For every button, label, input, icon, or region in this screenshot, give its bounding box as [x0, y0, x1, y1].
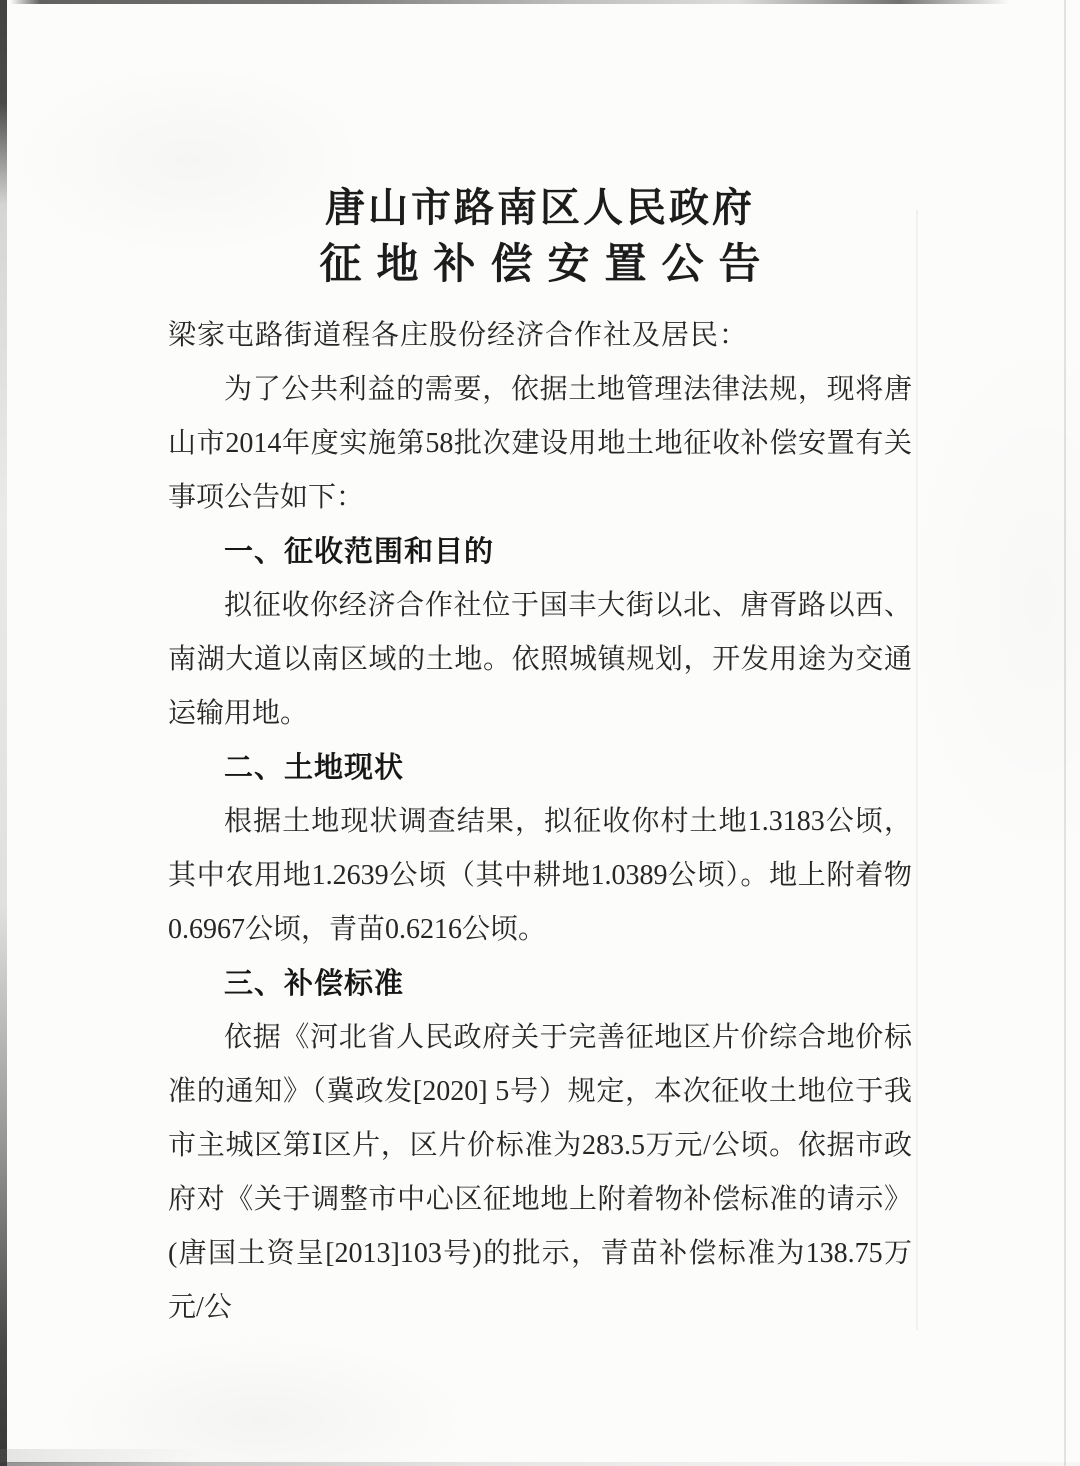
scan-edge-bottom-shadow: [0, 1462, 1080, 1466]
page-title: 唐山市路南区人民政府 征地补偿安置公告: [168, 180, 912, 292]
section-1-heading: 一、征收范围和目的: [168, 525, 912, 579]
scan-edge-left-shadow: [0, 0, 7, 1466]
intro-paragraph: 为了公共利益的需要，依据土地管理法律法规，现将唐山市2014年度实施第58批次建…: [168, 363, 912, 525]
scan-crease-line: [916, 210, 918, 1330]
salutation: 梁家屯路街道程各庄股份经济合作社及居民：: [168, 309, 912, 363]
section-2-heading: 二、土地现状: [168, 741, 912, 795]
title-announcement: 征地补偿安置公告: [168, 236, 912, 292]
title-authority: 唐山市路南区人民政府: [168, 180, 912, 236]
section-2-body: 根据土地现状调查结果，拟征收你村土地1.3183公顷，其中农用地1.2639公顷…: [168, 795, 912, 957]
scan-corner-smudge: [0, 1449, 230, 1463]
document-content: 唐山市路南区人民政府 征地补偿安置公告 梁家屯路街道程各庄股份经济合作社及居民：…: [168, 0, 912, 1335]
document-body: 梁家屯路街道程各庄股份经济合作社及居民： 为了公共利益的需要，依据土地管理法律法…: [168, 309, 912, 1335]
scanned-document-page: 唐山市路南区人民政府 征地补偿安置公告 梁家屯路街道程各庄股份经济合作社及居民：…: [0, 0, 1080, 1466]
scan-fold-line: [1064, 0, 1066, 1466]
section-3-body: 依据《河北省人民政府关于完善征地区片价综合地价标准的通知》（冀政发[2020] …: [168, 1011, 912, 1335]
section-1-body: 拟征收你经济合作社位于国丰大街以北、唐胥路以西、南湖大道以南区域的土地。依照城镇…: [168, 579, 912, 741]
section-3-heading: 三、补偿标准: [168, 957, 912, 1011]
